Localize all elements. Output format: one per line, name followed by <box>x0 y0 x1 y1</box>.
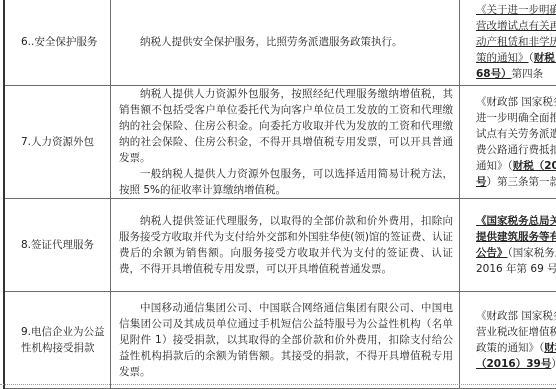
description-paragraph: 纳税人提供安全保护服务，比照劳务派遣服务政策执行。 <box>119 34 453 50</box>
reference-cell: 《国家税务总局关于在境外提供建筑服务等有关问题的公告》（国家税务总局公告 201… <box>460 199 556 292</box>
description-paragraph: 一般纳税人提供人力资源外包服务，可以选择适用简易计税方法，按照 5%的征收率计算… <box>119 166 453 198</box>
table-row: 7.人力资源外包 纳税人提供人力资源外包服务，按照经纪代理服务缴纳增值税，其销售… <box>4 86 556 199</box>
service-name-cell: 8.签证代理服务 <box>4 199 111 292</box>
tax-policy-table: 6..安全保护服务 纳税人提供安全保护服务，比照劳务派遣服务政策执行。 《关于进… <box>3 0 556 389</box>
table-row: 8.签证代理服务 纳税人提供签证代理服务，以取得的全部价款和价外费用，扣除向服务… <box>4 199 556 292</box>
service-name-cell: 7.人力资源外包 <box>4 86 111 199</box>
description-cell: 纳税人提供人力资源外包服务，按照经纪代理服务缴纳增值税，其销售额不包括受客户单位… <box>111 86 460 199</box>
reference-article: 第四条 <box>512 68 544 80</box>
page-break-divider <box>0 384 556 385</box>
reference-article: ）第三条第一款 <box>487 176 556 188</box>
service-name-cell: 6..安全保护服务 <box>4 0 111 86</box>
service-name-cell: 9.电信企业为公益性机构接受捐款 <box>4 292 111 389</box>
table-row: 9.电信企业为公益性机构接受捐款 中国移动通信集团公司、中国联合网络通信集团有限… <box>4 292 556 389</box>
description-paragraph: 纳税人提供人力资源外包服务，按照经纪代理服务缴纳增值税，其销售额不包括受客户单位… <box>119 86 453 166</box>
policy-table-container: 6..安全保护服务 纳税人提供安全保护服务，比照劳务派遣服务政策执行。 《关于进… <box>3 0 553 389</box>
table-row: 6..安全保护服务 纳税人提供安全保护服务，比照劳务派遣服务政策执行。 《关于进… <box>4 0 556 86</box>
description-cell: 纳税人提供安全保护服务，比照劳务派遣服务政策执行。 <box>111 0 460 86</box>
description-paragraph: 纳税人提供签证代理服务，以取得的全部价款和价外费用，扣除向服务接受方收取并代为支… <box>119 213 453 277</box>
description-cell: 纳税人提供签证代理服务，以取得的全部价款和价外费用，扣除向服务接受方收取并代为支… <box>111 199 460 292</box>
description-paragraph: 中国移动通信集团公司、中国联合网络通信集团有限公司、中国电信集团公司及其成员单位… <box>119 300 453 380</box>
service-name: 9.电信企业为公益性机构接受捐款 <box>21 324 106 356</box>
service-name: 8.签证代理服务 <box>21 237 106 253</box>
description-cell: 中国移动通信集团公司、中国联合网络通信集团有限公司、中国电信集团公司及其成员单位… <box>111 292 460 389</box>
service-name: 6..安全保护服务 <box>21 34 106 50</box>
reference-article: ）第一条 <box>551 358 556 370</box>
reference-cell: 《财政部 国家税务总局关于进一步明确全面推开营改增试点有关劳务派遣服务、收费公路… <box>460 86 556 199</box>
service-name: 7.人力资源外包 <box>21 134 106 150</box>
reference-cell: 《关于进一步明确全面推开营改增试点有关再保险、不动产租赁和非学历教育等政策的通知… <box>460 0 556 86</box>
reference-cell: 《财政部 国家税务总局关于营业税改征增值税试点若干政策的通知》（财税（2016）… <box>460 292 556 389</box>
